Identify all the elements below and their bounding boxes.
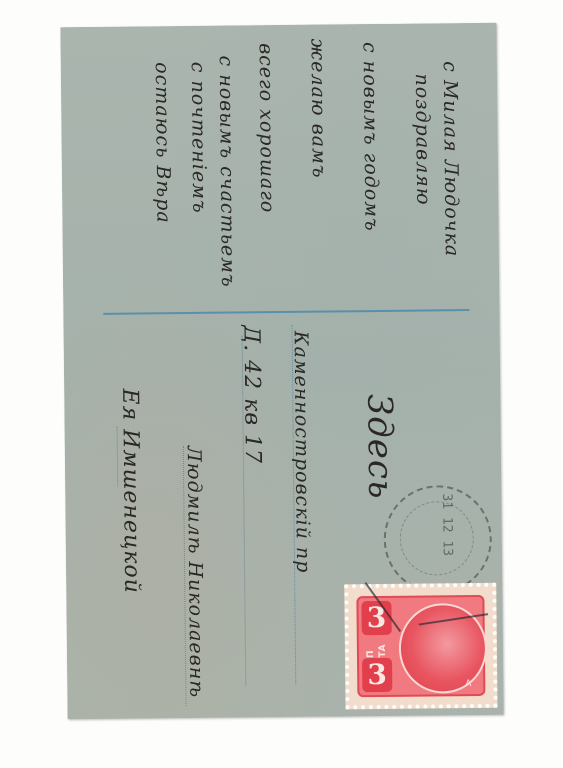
stamp-corner-letter: А: [465, 679, 479, 691]
message-line-4: желаю вамъ: [307, 38, 330, 178]
postmark: 31 12 13: [383, 485, 492, 594]
message-line-7: с почтенiемъ: [187, 62, 211, 214]
address-street: Каменностровскiй пр: [290, 331, 315, 574]
postage-stamp: 3 КОП ПОЧТА 3 А: [344, 583, 497, 710]
message-line-5: всего хорошаго: [255, 43, 279, 213]
message-line-1: с Милая Людочка: [439, 61, 463, 257]
stamp-denomination-top: 3: [361, 601, 391, 635]
postcard: с Милая Людочка поздравляю с новымъ годо…: [60, 23, 503, 720]
address-city: Здесь: [359, 394, 400, 500]
message-line-8: остаюсь Вѣра: [151, 62, 175, 224]
divider-line: [103, 309, 469, 315]
message-line-3: с новымъ годомъ: [359, 42, 383, 232]
postmark-inner-ring: [399, 501, 474, 576]
stamp-denomination-bottom: 3: [362, 658, 392, 692]
address-house: Д. 42 кв 17: [239, 325, 265, 464]
address-recipient-surname: Ея Имшенецкой: [117, 388, 144, 594]
address-recipient-name: Людмилѣ Николаевнѣ: [183, 446, 208, 698]
message-line-2: поздравляю: [411, 73, 434, 205]
postmark-date: 31 12 13: [439, 493, 455, 556]
stamp-design: 3 КОП ПОЧТА 3 А: [356, 595, 485, 697]
message-line-6: с новымъ счастьемъ: [215, 55, 239, 287]
